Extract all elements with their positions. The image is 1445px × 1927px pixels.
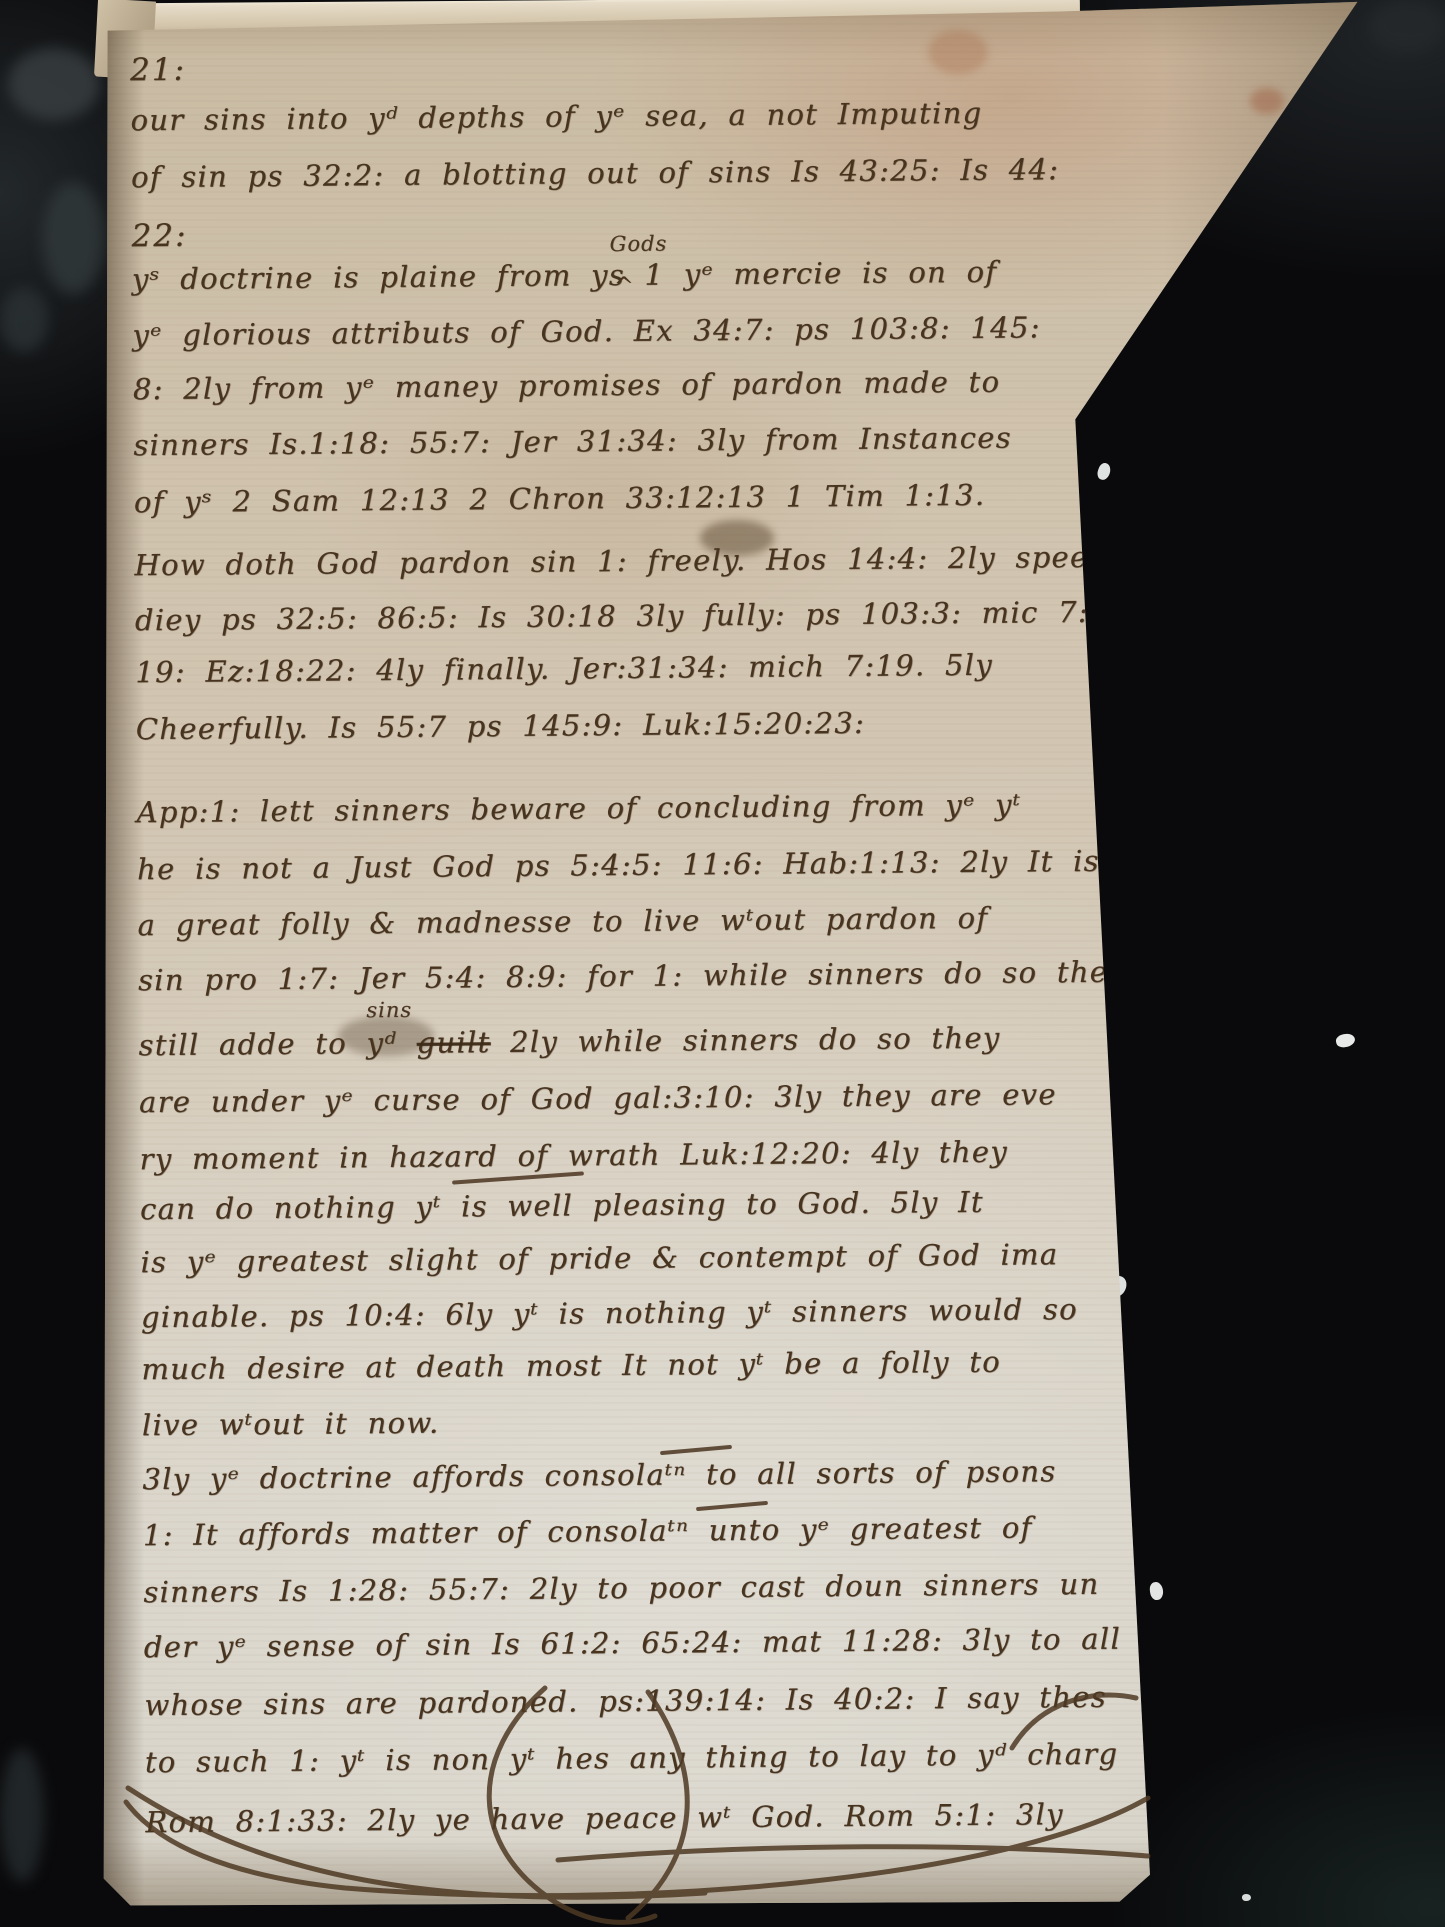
manuscript-line: der yᵉ sense of sin Is 61:2: 65:24: mat …: [144, 1622, 1121, 1665]
line-segment: still adde to yᵈ: [138, 1026, 416, 1062]
manuscript-page: 21: our sins into yᵈ depths of yᵉ sea, a…: [100, 0, 1365, 1915]
manuscript-line: How doth God pardon sin 1: freely. Hos 1…: [134, 540, 1114, 583]
paint-speck: [1149, 1581, 1164, 1601]
manuscript-line: whose sins are pardoned. ps:139:14: Is 4…: [144, 1680, 1107, 1722]
manuscript-line: Rom 8:1:33: 2ly ye have peace wᵗ God. Ro…: [145, 1797, 1064, 1839]
insertion-caret-icon: ^: [614, 272, 634, 300]
manuscript-line: yˢ doctrine is plaine from ys 1 yᵉ merci…: [132, 255, 998, 297]
manuscript-line: our sins into yᵈ depths of yᵉ sea, a not…: [130, 96, 982, 137]
paint-speck: [1242, 1894, 1251, 1901]
paint-speck: [1335, 1032, 1356, 1049]
table-smudge: [8, 48, 100, 120]
manuscript-line: 3ly yᵉ doctrine affords consolaᵗⁿ to all…: [142, 1454, 1056, 1496]
manuscript-line: is yᵉ greatest slight of pride & contemp…: [140, 1237, 1058, 1279]
interlinear-insertion-sins: sins: [366, 998, 412, 1022]
manuscript-line: are under yᵉ curse of God gal:3:10: 3ly …: [139, 1077, 1057, 1119]
manuscript-line: a great folly & madnesse to live wᵗout p…: [137, 901, 988, 942]
manuscript-line: sinners Is 1:28: 55:7: 2ly to poor cast …: [143, 1567, 1099, 1609]
strikethrough-word: guilt: [416, 1025, 490, 1060]
table-smudge: [0, 1748, 44, 1882]
table-smudge: [1368, 0, 1445, 52]
manuscript-line: App:1: lett sinners beware of concluding…: [136, 788, 1021, 830]
manuscript-line: Cheerfully. Is 55:7 ps 145:9: Luk:15:20:…: [136, 706, 866, 746]
manuscript-line: yᵉ glorious attributs of God. Ex 34:7: p…: [132, 310, 1041, 352]
manuscript-line: much desire at death most It not yᵗ be a…: [141, 1345, 1001, 1386]
manuscript-line: can do nothing yᵗ is well pleasing to Go…: [140, 1185, 984, 1226]
handwriting-layer: 21: our sins into yᵈ depths of yᵉ sea, a…: [99, 0, 1381, 1915]
table-smudge: [0, 288, 48, 352]
manuscript-line: of yˢ 2 Sam 12:13 2 Chron 33:12:13 1 Tim…: [134, 478, 986, 519]
photograph-scene: 21: our sins into yᵈ depths of yᵉ sea, a…: [0, 0, 1445, 1927]
manuscript-line: sin pro 1:7: Jer 5:4: 8:9: for 1: while …: [138, 955, 1126, 998]
line-segment: 2ly while sinners do so they: [490, 1021, 1000, 1059]
manuscript-line: ry moment in hazard of wrath Luk:12:20: …: [139, 1135, 1008, 1177]
manuscript-line: 8: 2ly from yᵉ maney promises of pardon …: [133, 365, 1001, 407]
paint-speck: [1096, 462, 1113, 482]
manuscript-line: still adde to yᵈ guilt 2ly while sinners…: [138, 1021, 1000, 1063]
manuscript-line: 1: It affords matter of consolaᵗⁿ unto y…: [143, 1510, 1033, 1552]
manuscript-line: 19: Ez:18:22: 4ly finally. Jer:31:34: mi…: [135, 648, 993, 689]
manuscript-line: sinners Is.1:18: 55:7: Jer 31:34: 3ly fr…: [133, 421, 1012, 463]
section-number: 21:: [130, 52, 186, 88]
manuscript-line: live wᵗout it now.: [142, 1406, 440, 1443]
interlinear-insertion-gods: Gods: [610, 232, 668, 257]
manuscript-line: diey ps 32:5: 86:5: Is 30:18 3ly fully: …: [135, 595, 1089, 637]
section-number: 22:: [131, 218, 187, 254]
table-smudge: [42, 182, 104, 294]
manuscript-line: ginable. ps 10:4: 6ly yᵗ is nothing yᵗ s…: [141, 1292, 1078, 1334]
manuscript-line: he is not a Just God ps 5:4:5: 11:6: Hab…: [137, 844, 1100, 886]
manuscript-line: of sin ps 32:2: a blotting out of sins I…: [131, 152, 1060, 194]
manuscript-line: to such 1: yᵗ is non yᵗ hes any thing to…: [145, 1737, 1119, 1779]
